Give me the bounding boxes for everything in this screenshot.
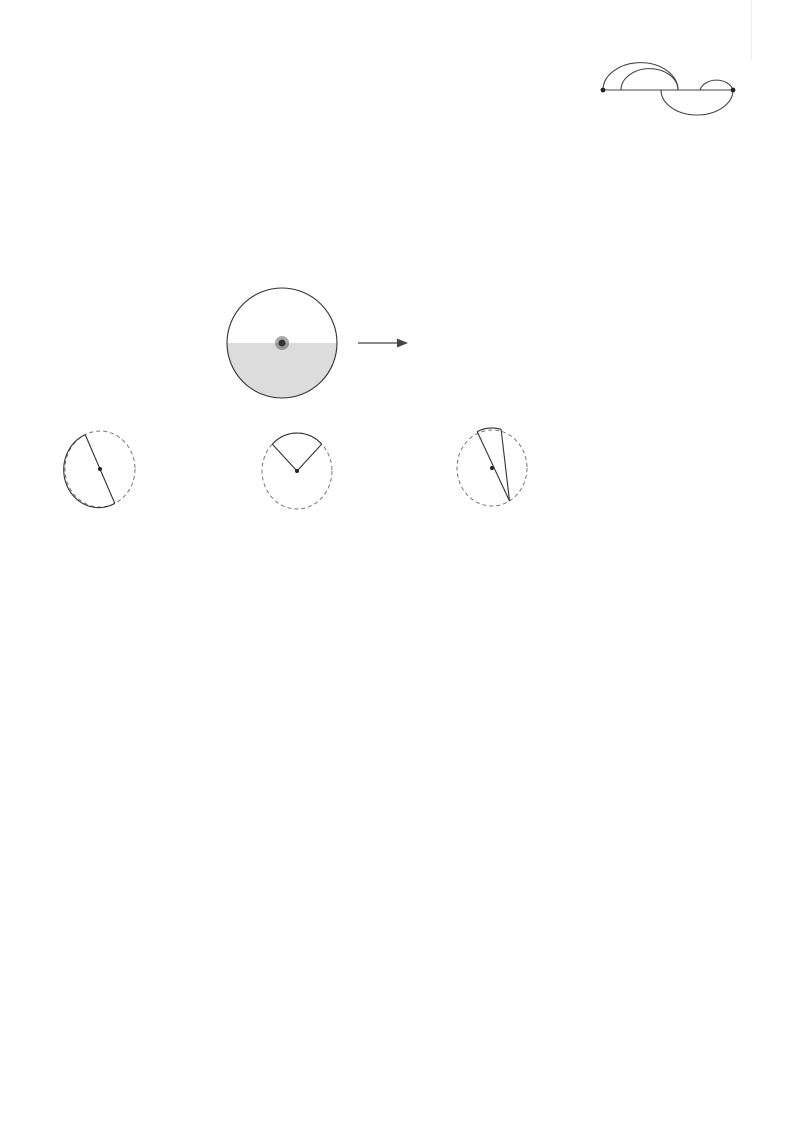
question-9-options	[0, 586, 793, 610]
question-9-line	[25, 562, 32, 580]
point-b-dot	[731, 88, 736, 93]
figure-circle-to-rectangle	[220, 286, 540, 401]
question-6-line-1	[25, 254, 32, 272]
figure-sector-choices	[40, 426, 600, 516]
figure-b-radius-left	[272, 444, 297, 471]
circle-center-dot	[279, 340, 286, 347]
question-8-options	[0, 538, 793, 562]
calc-3-header	[25, 901, 36, 919]
question-4-line	[25, 148, 32, 166]
calc-1-header	[25, 637, 36, 655]
figure-c-center-dot	[490, 466, 494, 470]
section-4-header	[25, 610, 29, 628]
figure-b-solid-arc	[272, 433, 321, 444]
arrow-head	[397, 339, 408, 348]
small-semicircle-top-right	[700, 80, 733, 90]
figure-c-chord-right	[501, 429, 509, 501]
figure-a-solid-arc	[64, 435, 115, 508]
calc-2-header	[25, 748, 36, 766]
small-semicircle-top	[621, 69, 678, 90]
figure-b-radius-right	[297, 444, 322, 471]
question-5-line	[25, 206, 32, 224]
figure-a-center-dot	[98, 467, 102, 471]
question-7-line	[25, 414, 32, 432]
figure-b-center-dot	[295, 469, 299, 473]
question-8-line	[25, 514, 32, 532]
large-semicircle-top	[603, 63, 678, 90]
question-3-options	[0, 110, 793, 134]
worksheet-page	[0, 0, 793, 1122]
question-6-options	[0, 390, 793, 414]
question-3-line-1	[25, 58, 32, 76]
figure-c-chord-left	[477, 432, 509, 501]
question-5-options	[0, 230, 793, 254]
question-4-options	[0, 184, 793, 208]
point-a-dot	[601, 88, 606, 93]
